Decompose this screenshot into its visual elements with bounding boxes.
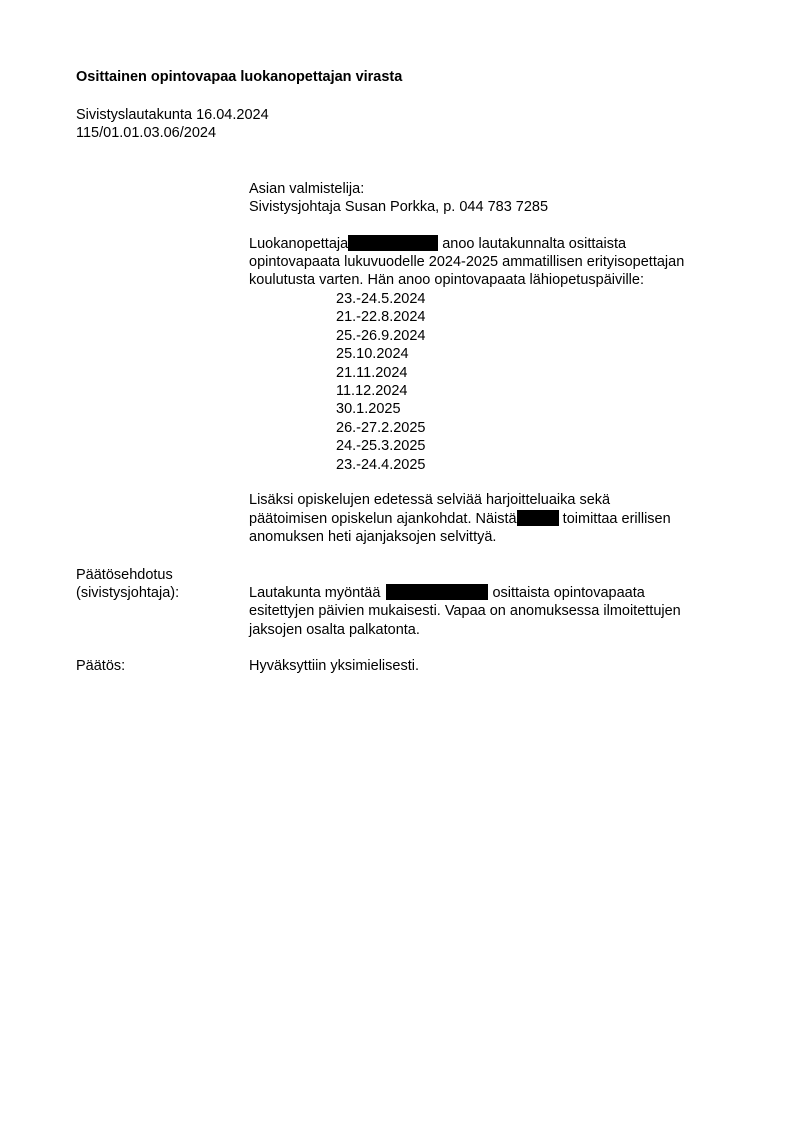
date-item: 30.1.2025 <box>336 400 426 418</box>
additional-line-2: päätoimisen opiskelun ajankohdat. Näistä… <box>249 510 671 528</box>
redacted-name <box>517 510 559 526</box>
dates-list: 23.-24.5.2024 21.-22.8.2024 25.-26.9.202… <box>336 290 426 474</box>
proposal-label-2: (sivistysjohtaja): <box>76 584 179 602</box>
decision-text: Hyväksyttiin yksimielisesti. <box>249 657 419 675</box>
date-item: 23.-24.4.2025 <box>336 456 426 474</box>
request-text-after: anoo lautakunnalta osittaista <box>438 236 626 252</box>
date-item: 25.10.2024 <box>336 345 426 363</box>
decision-label: Päätös: <box>76 657 125 675</box>
proposal-text-before: Lautakunta myöntää <box>249 585 384 601</box>
document-title: Osittainen opintovapaa luokanopettajan v… <box>76 68 402 86</box>
proposal-label-1: Päätösehdotus <box>76 566 173 584</box>
preparer-label: Asian valmistelija: <box>249 180 364 198</box>
date-item: 26.-27.2.2025 <box>336 419 426 437</box>
request-line-2: opintovapaata lukuvuodelle 2024-2025 amm… <box>249 253 684 271</box>
meeting-line: Sivistyslautakunta 16.04.2024 <box>76 106 269 124</box>
date-item: 25.-26.9.2024 <box>336 327 426 345</box>
date-item: 24.-25.3.2025 <box>336 437 426 455</box>
reference-number: 115/01.01.03.06/2024 <box>76 124 216 142</box>
date-item: 11.12.2024 <box>336 382 426 400</box>
proposal-line-3: jaksojen osalta palkatonta. <box>249 621 420 639</box>
date-item: 21.-22.8.2024 <box>336 308 426 326</box>
request-text-before: Luokanopettaja <box>249 236 352 252</box>
additional-line-1: Lisäksi opiskelujen edetessä selviää har… <box>249 491 610 509</box>
additional-line-3: anomuksen heti ajanjaksojen selvittyä. <box>249 528 496 546</box>
additional-text-after: toimittaa erillisen <box>559 511 671 527</box>
redacted-name <box>348 235 438 251</box>
request-line-3: koulutusta varten. Hän anoo opintovapaat… <box>249 271 644 289</box>
proposal-line-2: esitettyjen päivien mukaisesti. Vapaa on… <box>249 602 681 620</box>
request-line-1: Luokanopettaja anoo lautakunnalta ositta… <box>249 235 626 253</box>
date-item: 23.-24.5.2024 <box>336 290 426 308</box>
proposal-line-1: Lautakunta myöntää osittaista opintovapa… <box>249 584 645 602</box>
additional-text-before: päätoimisen opiskelun ajankohdat. Näistä <box>249 511 521 527</box>
date-item: 21.11.2024 <box>336 364 426 382</box>
document-page: Osittainen opintovapaa luokanopettajan v… <box>0 0 794 1122</box>
preparer: Sivistysjohtaja Susan Porkka, p. 044 783… <box>249 198 548 216</box>
redacted-name <box>386 584 488 600</box>
proposal-text-after: osittaista opintovapaata <box>488 585 644 601</box>
